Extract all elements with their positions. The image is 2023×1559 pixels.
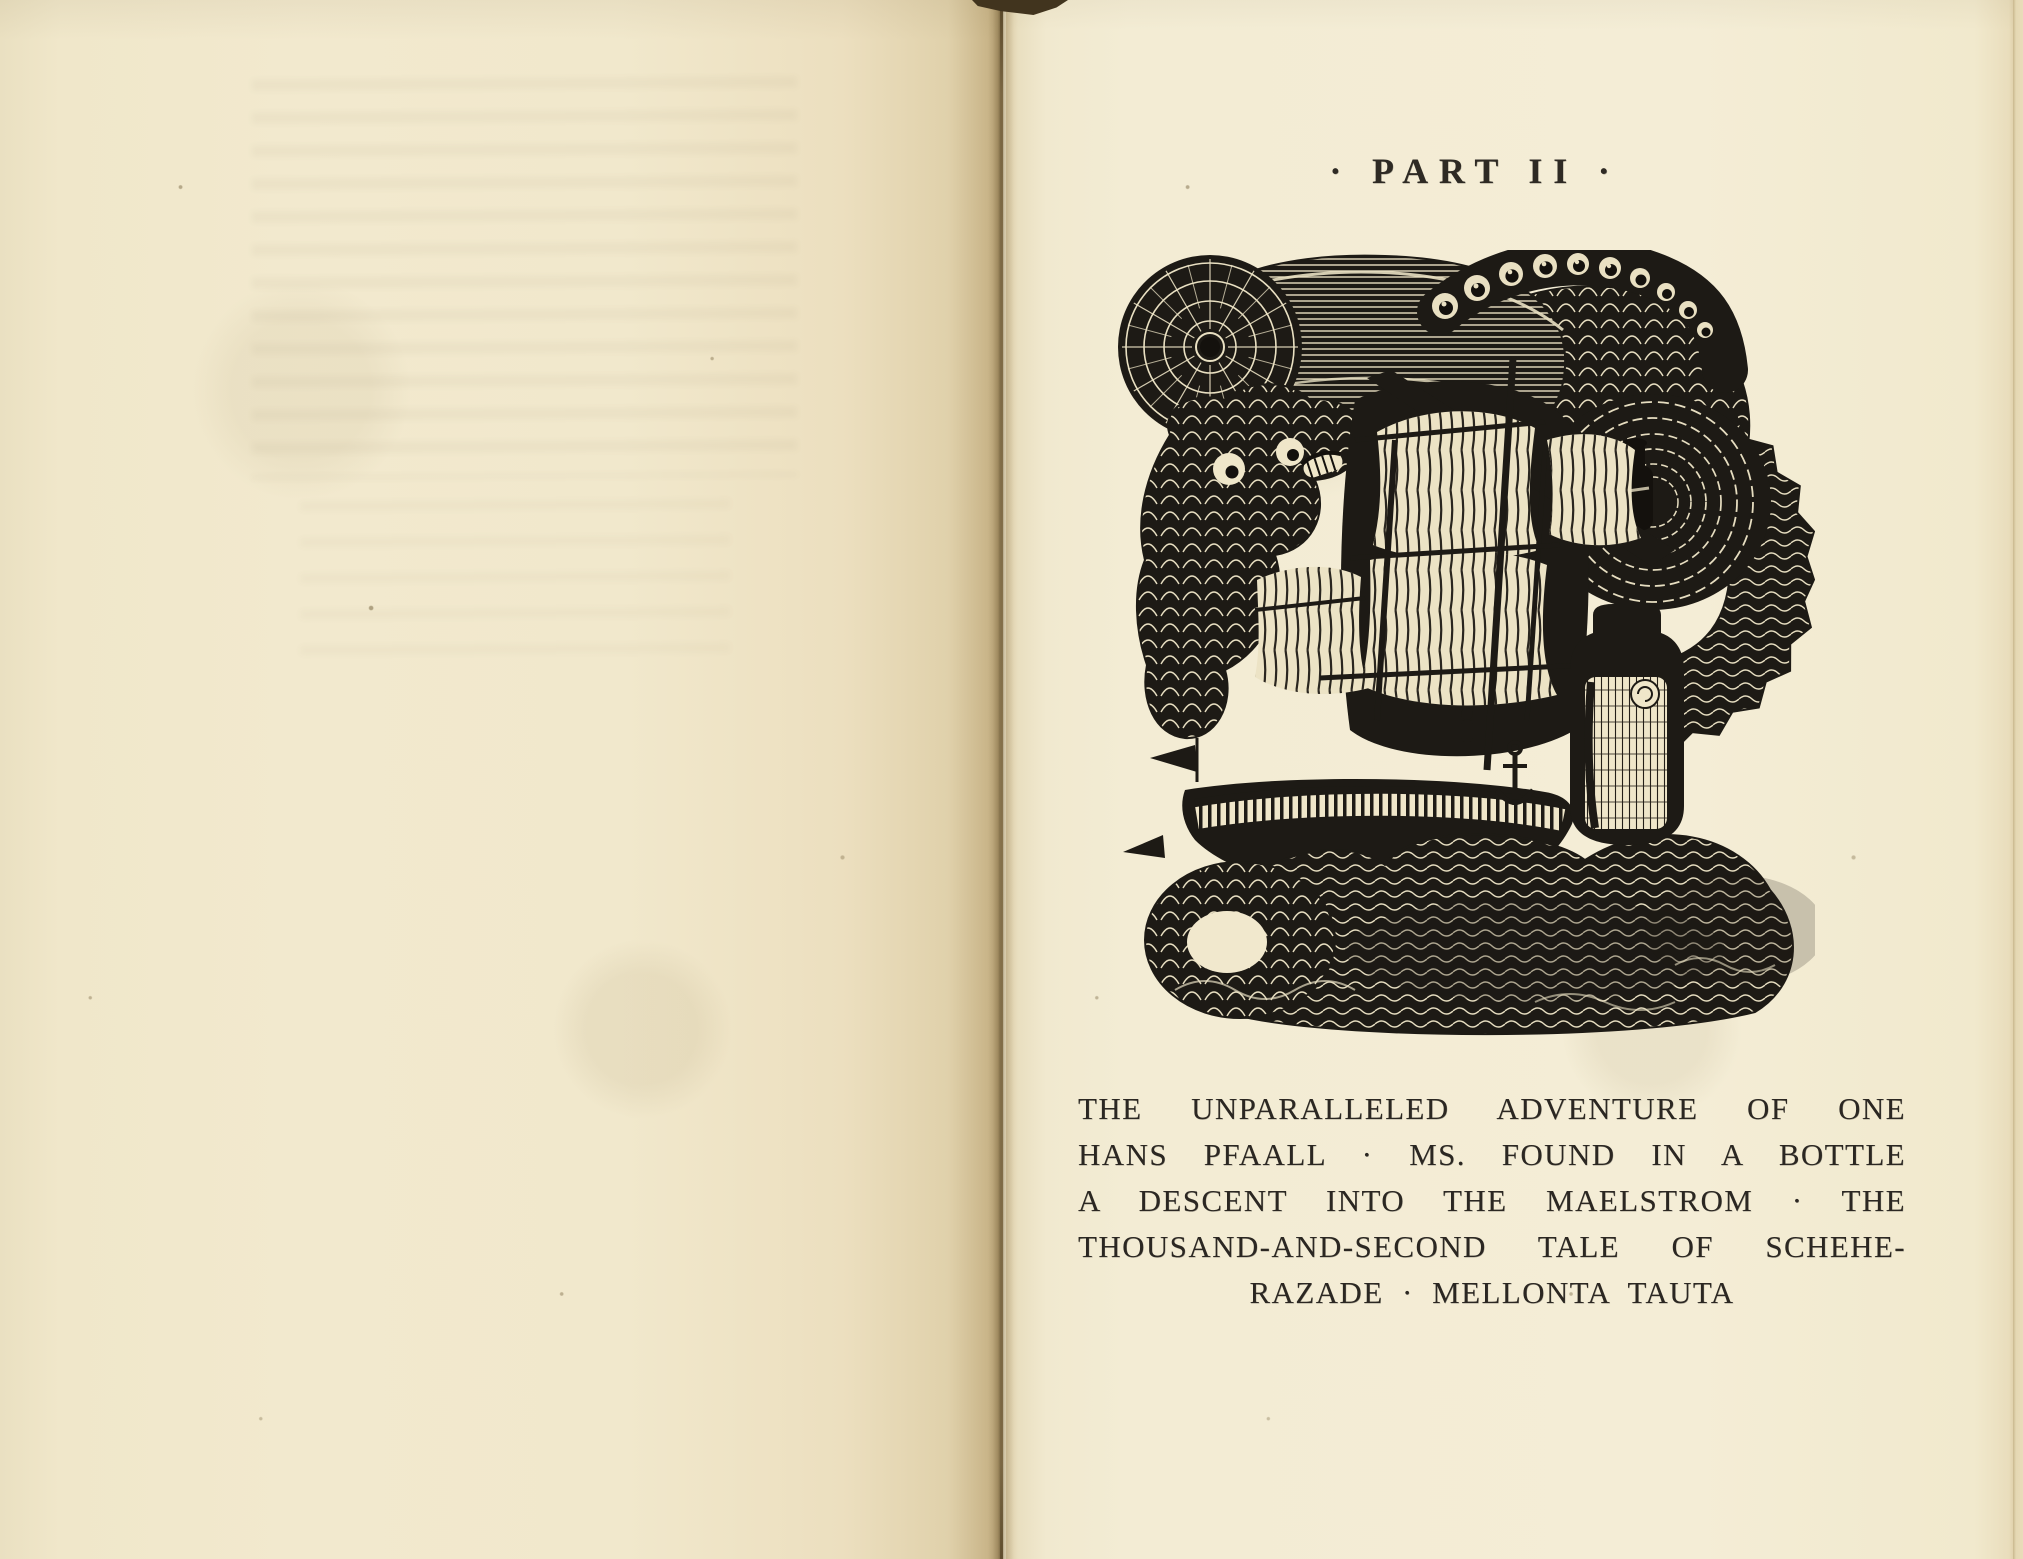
paper-texture: [0, 0, 1003, 1559]
sea-coils: [1145, 834, 1815, 1034]
title-line: A DESCENT INTO THE MAELSTROM · THE: [1078, 1178, 1906, 1224]
title-line: THE UNPARALLELED ADVENTURE OF ONE: [1078, 1086, 1906, 1132]
woodcut-illustration: [1115, 250, 1815, 1040]
page-fore-edge: [2013, 0, 2023, 1559]
show-through-text: [300, 499, 730, 662]
part-heading: · PART II ·: [1160, 151, 1790, 191]
title-line: RAZADE · MELLONTA TAUTA: [1078, 1270, 1906, 1316]
show-through-text: [252, 76, 797, 479]
manuscript-bottle: [1570, 604, 1684, 845]
sailor-figure: [1461, 708, 1473, 742]
contents-title-block: THE UNPARALLELED ADVENTURE OF ONE HANS P…: [1078, 1086, 1906, 1316]
left-page: [0, 0, 1003, 1559]
title-line: HANS PFAALL · MS. FOUND IN A BOTTLE: [1078, 1132, 1906, 1178]
gutter-shadow-line: [1000, 0, 1003, 1559]
book-spread-photo: · PART II ·: [0, 0, 2023, 1559]
title-line: THOUSAND-AND-SECOND TALE OF SCHEHE-: [1078, 1224, 1906, 1270]
